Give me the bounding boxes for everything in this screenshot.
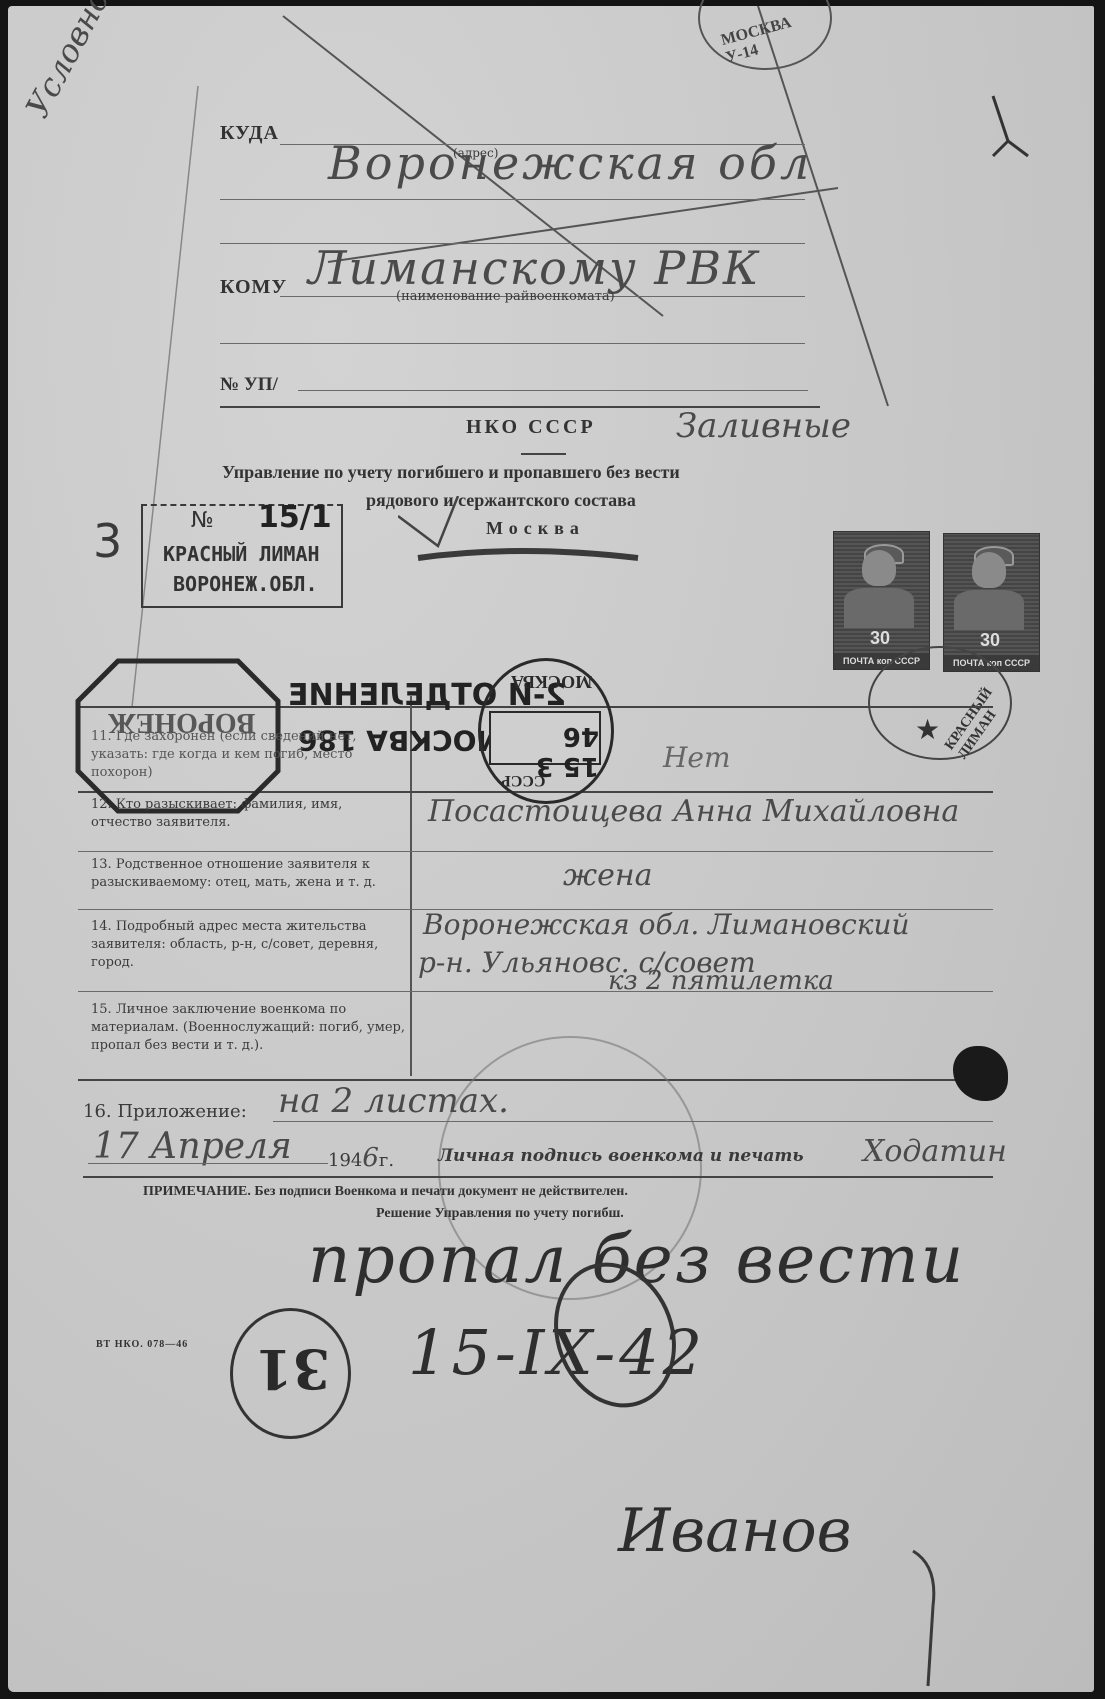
star-icon: ★	[915, 713, 940, 746]
registry-line-2: ВОРОНЕЖ.ОБЛ.	[173, 572, 318, 596]
krasny-liman-postmark: КРАСНЫЙ ЛИМАН ★	[868, 646, 1012, 760]
decision-label: Решение Управления по учету погибш.	[376, 1206, 624, 1222]
row-12-label: 12. Кто разыскивает: фамилия, имя, отчес…	[91, 796, 406, 832]
row-12-value: Посастоицева Анна Михайловна	[428, 792, 1008, 832]
kuda-value: Воронежская обл	[328, 136, 812, 190]
year-suffix: 6	[362, 1143, 379, 1173]
komu-sublabel: (наименование райвоенкомата)	[396, 289, 615, 304]
year-prefix: 194	[328, 1150, 362, 1171]
bottom-circle-stamp: 31	[230, 1308, 351, 1439]
registry-number: 15/1	[258, 500, 332, 535]
signature-label: Личная подпись военкома и печать	[438, 1146, 804, 1166]
department-line-1: Управление по учету погибшего и пропавше…	[222, 462, 680, 483]
row-11-value: Нет	[663, 741, 731, 774]
org-title: НКО СССР	[466, 416, 596, 439]
komu-value: Лиманскому РВК	[308, 241, 761, 295]
row-13-value: жена	[563, 858, 653, 893]
note: ПРИМЕЧАНИЕ. Без подписи Военкома и печат…	[143, 1184, 628, 1200]
moscow-postmark: МОСКВА 15 3 46 СССР	[478, 658, 614, 804]
row-14-value-line-3: кз 2 пятилетка	[608, 966, 834, 996]
registry-line-1: КРАСНЫЙ ЛИМАН	[163, 542, 320, 566]
row-13-label: 13. Родственное отношение заявителя к ра…	[91, 856, 406, 892]
row-15-label: 15. Личное заключение военкома по матери…	[91, 1001, 406, 1055]
decision-signature: Иванов	[618, 1496, 852, 1566]
appendix-label: 16. Приложение:	[83, 1101, 247, 1122]
document-sheet: Условно МОСКВА У-14 КУДА (адрес) Воронеж…	[8, 6, 1094, 1692]
row-14-label: 14. Подробный адрес места жительства зая…	[91, 918, 406, 972]
checkmark-and-scribble	[398, 496, 678, 566]
komu-label: КОМУ	[220, 276, 287, 299]
appendix-value: на 2 листах.	[278, 1081, 509, 1121]
signature-date: 17 Апреля	[93, 1126, 292, 1167]
registry-stamp: 3 № 15/1 КРАСНЫЙ ЛИМАН ВОРОНЕЖ.ОБЛ.	[93, 504, 348, 609]
kuda-label: КУДА	[220, 122, 279, 145]
row-14-value-line-1: Воронежская обл. Лимановский	[423, 908, 910, 941]
row-11-label: 11. Где захоронен (если сведений нет, ук…	[91, 728, 406, 782]
form-code: ВТ НКО. 078—46	[96, 1339, 188, 1350]
signature-tail	[908, 1546, 948, 1696]
registry-side-number: 3	[93, 514, 122, 568]
paper-hole	[953, 1046, 1008, 1101]
voenkom-signature: Ходатин	[863, 1134, 1007, 1169]
title-handwritten-note: Заливные	[676, 406, 851, 446]
up-label: № УП/	[220, 374, 278, 396]
